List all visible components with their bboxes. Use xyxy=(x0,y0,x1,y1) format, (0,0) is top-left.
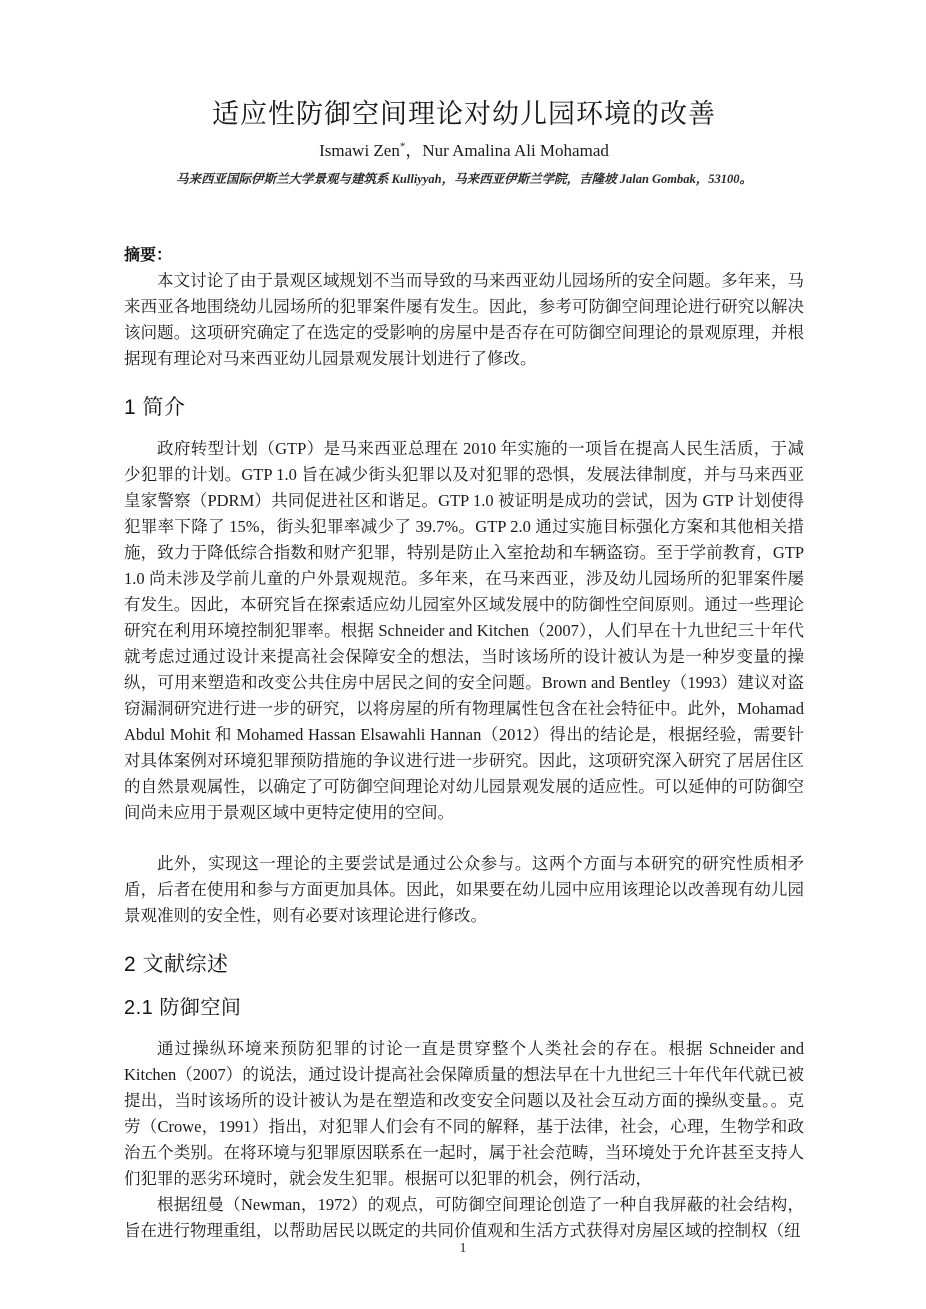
abstract-heading: 摘要： xyxy=(124,244,804,268)
intro-paragraph-2: 此外，实现这一理论的主要尝试是通过公众参与。这两个方面与本研究的研究性质相矛盾，… xyxy=(124,851,804,929)
subsection-heading-defensible-space: 2.1 防御空间 xyxy=(124,993,804,1023)
intro-paragraph-1: 政府转型计划（GTP）是马来西亚总理在 2010 年实施的一项旨在提高人民生活质… xyxy=(124,436,804,826)
literature-paragraph-1: 通过操纵环境来预防犯罪的讨论一直是贯穿整个人类社会的存在。根据 Schneide… xyxy=(124,1036,804,1192)
document-page: 适应性防御空间理论对幼儿园环境的改善 Ismawi Zen*，Nur Amali… xyxy=(0,0,926,1309)
page-number: 1 xyxy=(0,1241,926,1257)
author-name-2: ，Nur Amalina Ali Mohamad xyxy=(405,141,609,160)
paper-title: 适应性防御空间理论对幼儿园环境的改善 xyxy=(124,96,804,132)
authors-line: Ismawi Zen*，Nur Amalina Ali Mohamad xyxy=(124,139,804,163)
section-heading-literature-review: 2 文献综述 xyxy=(124,950,804,980)
literature-paragraph-2: 根据纽曼（Newman，1972）的观点，可防御空间理论创造了一种自我屏蔽的社会… xyxy=(124,1192,804,1244)
section-heading-introduction: 1 简介 xyxy=(124,393,804,423)
author-name-1: Ismawi Zen xyxy=(319,141,400,160)
abstract-paragraph: 本文讨论了由于景观区域规划不当而导致的马来西亚幼儿园场所的安全问题。多年来，马来… xyxy=(124,268,804,372)
affiliation-line: 马来西亚国际伊斯兰大学景观与建筑系 Kulliyyah，马来西亚伊斯兰学院，吉隆… xyxy=(124,170,804,188)
